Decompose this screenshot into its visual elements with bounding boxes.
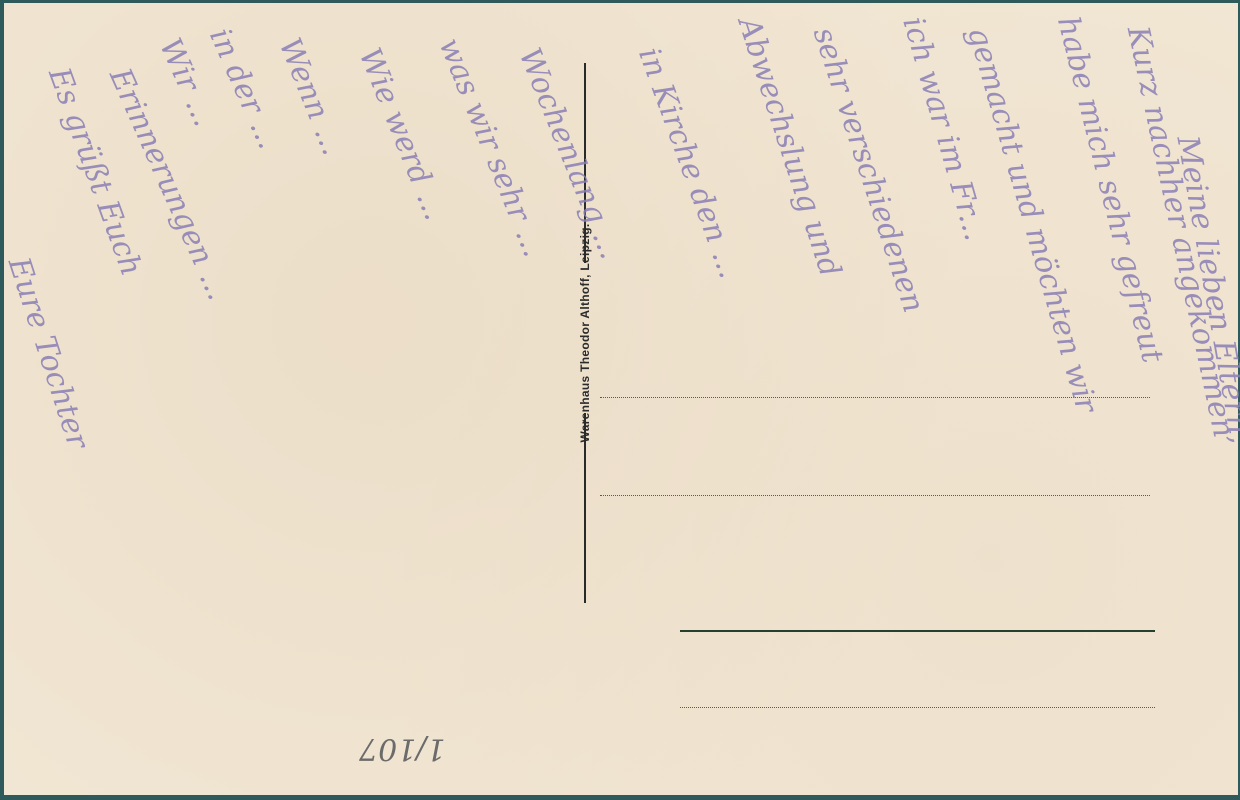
handwritten-line: in Kirche den ...	[631, 43, 747, 283]
address-line-2	[600, 495, 1150, 496]
publisher-imprint: Warenhaus Theodor Althoff, Leipzig.	[578, 224, 592, 443]
handwritten-line: Eure Tochter	[1, 253, 96, 453]
handwritten-line: Wie werd ...	[352, 43, 453, 225]
handwritten-line: in der ...	[202, 23, 286, 154]
postcard-back: Warenhaus Theodor Althoff, Leipzig. Mein…	[4, 3, 1238, 795]
pencil-annotation: 1/107	[359, 731, 445, 766]
address-line-3	[680, 630, 1155, 632]
divider-line-bottom	[584, 413, 586, 603]
address-line-4	[680, 707, 1155, 708]
